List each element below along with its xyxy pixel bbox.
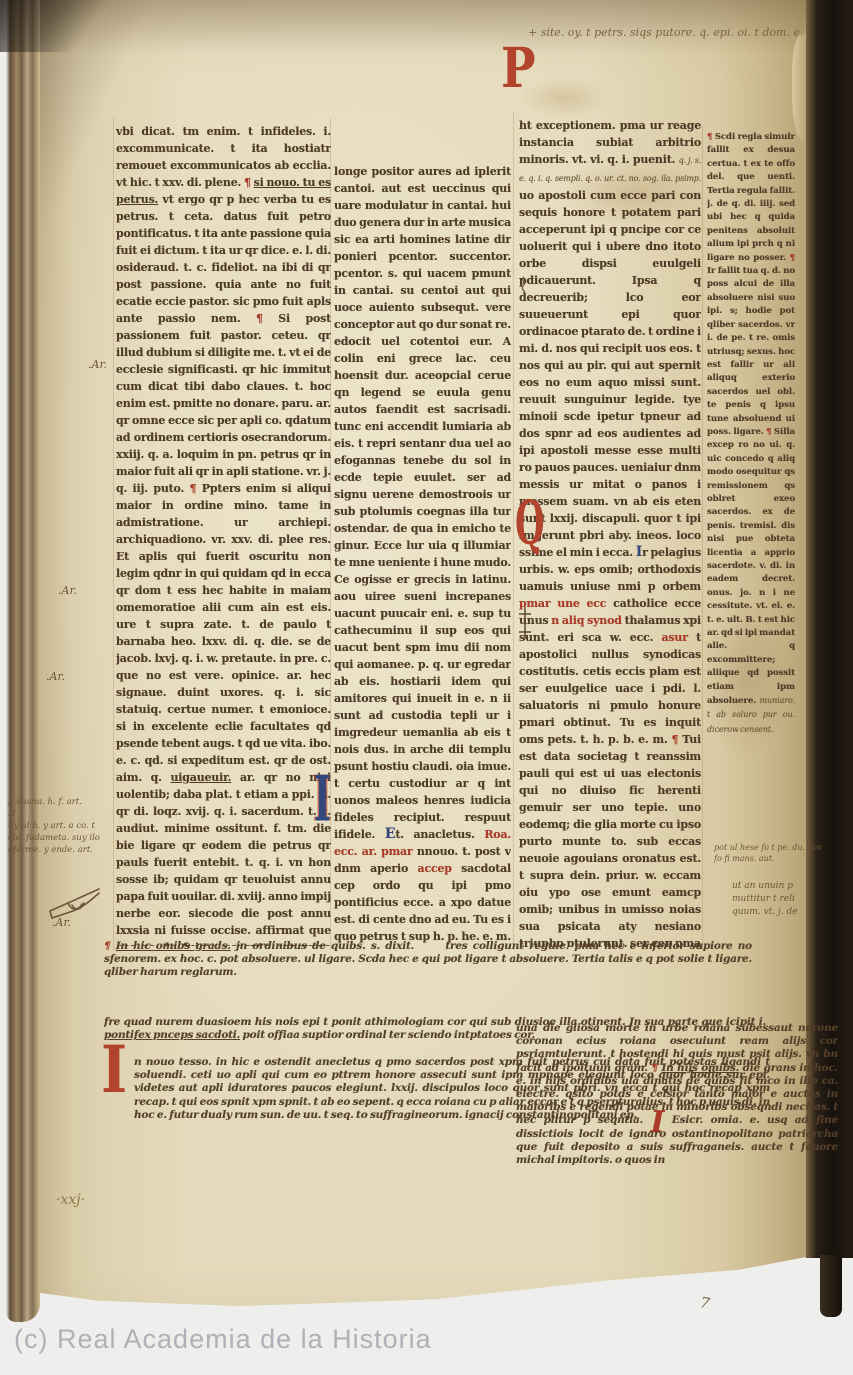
initial-q-red: Q — [515, 494, 545, 554]
watermark-text: (c) Real Academia de la Historia — [14, 1324, 432, 1355]
cross-mark-icon — [517, 606, 533, 640]
manuscript-photo: + site. oy. t petrs. siqs putore. q. epi… — [0, 0, 853, 1375]
header-annotation: + site. oy. t petrs. siqs putore. q. epi… — [528, 26, 808, 39]
corner-shadow-top-left — [0, 0, 120, 52]
margin-note-ar-4: .Ar. — [52, 916, 71, 929]
text-block-bottom-right: una die gliosa morte in urbe roiana sube… — [516, 1022, 838, 1194]
text-block-bottom-a: ¶ In hic omibs grads. jn ordinibus de qu… — [104, 940, 752, 998]
margin-note-right-1: pot ul hese fo t pe. du. con fo fi mans.… — [714, 842, 832, 864]
page-stack-edge-left — [6, 0, 40, 1322]
margin-note-cursive: f. vuana. h. f. art. H Sy ul h. y art. a… — [8, 796, 120, 856]
margin-note-ar-2: .Ar. — [58, 584, 77, 597]
binding-edge-tail — [820, 1255, 842, 1317]
text-column-middle: longe positor aures ad iplerit cantoi. a… — [334, 163, 511, 946]
folio-mark: 7 — [699, 1293, 712, 1312]
text-column-gloss: ¶ Scdi regla simulr fallit ex desua cert… — [707, 131, 795, 831]
margin-note-ar-3: .Ar. — [46, 670, 65, 683]
text-column-right: ht exceptionem. pma ur reage instancia s… — [519, 117, 701, 947]
column-rule — [513, 112, 514, 950]
text-column-left: vbi dicat. tm enim. t infideles. i. exco… — [116, 123, 331, 946]
margin-note-right-2: ut an unuin p muttitur t reli quum. vt. … — [732, 880, 832, 919]
manicule-icon — [46, 878, 106, 920]
initial-p: P — [501, 40, 536, 95]
marginal-squiggle-icon — [519, 276, 529, 294]
initial-i-blue: I — [314, 768, 331, 831]
quire-mark: ·xxj· — [56, 1192, 85, 1208]
margin-note-ar-1: .Ar. — [88, 358, 107, 371]
column-rule — [702, 126, 703, 950]
